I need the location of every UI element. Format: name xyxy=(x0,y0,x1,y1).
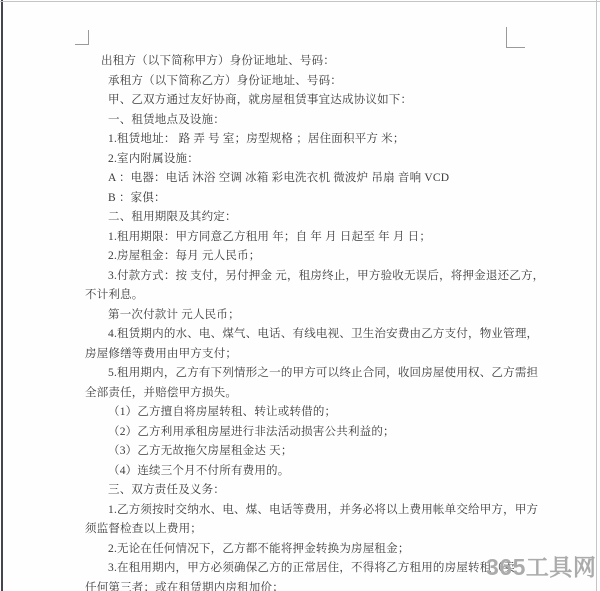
document-page: 出租方（以下简称甲方）身份证地址、号码：承租方（以下简称乙方）身份证地址、号码：… xyxy=(0,0,600,591)
text-line: （4）连续三个月不付所有费用的。 xyxy=(85,462,590,482)
text-line: 1.租用期限：甲方同意乙方租用 年；自 年 月 日起至 年 月 日； xyxy=(85,228,590,248)
document-lines: 出租方（以下简称甲方）身份证地址、号码：承租方（以下简称乙方）身份证地址、号码：… xyxy=(85,52,590,591)
text-line: 一、租赁地点及设施： xyxy=(85,111,590,131)
text-line: 第一次付款计 元人民币； xyxy=(85,306,590,326)
text-line: 三、双方责任及义务： xyxy=(85,481,590,501)
text-line: 不计利息。 xyxy=(85,286,590,306)
text-line: 甲、乙双方通过友好协商，就房屋租赁事宜达成协议如下： xyxy=(85,91,590,111)
text-line: 1.乙方须按时交纳水、电、煤、电话等费用，并务必将以上费用帐单交给甲方，甲方 xyxy=(85,501,590,521)
text-line: B ：家俱： xyxy=(85,189,590,209)
text-line: （3）乙方无故拖欠房屋租金达 天； xyxy=(85,442,590,462)
text-line: 1.租赁地址： 路 弄 号 室；房型规格 ；居住面积平方 米； xyxy=(85,130,590,150)
crop-mark-top-right-vertical xyxy=(506,27,507,48)
text-line: 2.室内附属设施： xyxy=(85,150,590,170)
text-line: 2.房屋租金：每月 元人民币； xyxy=(85,247,590,267)
page-right-edge xyxy=(596,0,597,591)
text-line: （2）乙方利用承租房屋进行非法活动损害公共利益的； xyxy=(85,423,590,443)
crop-mark-top-right-horizontal xyxy=(506,47,525,48)
text-line: 4.租赁期内的水、电、煤气、电话、有线电视、卫生治安费由乙方支付，物业管理， xyxy=(85,325,590,345)
text-line: 房屋修缮等费用由甲方支付； xyxy=(85,345,590,365)
text-line: 5.租用期内，乙方有下列情形之一的甲方可以终止合同，收回房屋使用权、乙方需担 xyxy=(85,364,590,384)
page-top-border xyxy=(0,1,600,2)
crop-mark-top-left-vertical xyxy=(88,30,89,45)
watermark: 365工具网 xyxy=(486,549,600,582)
page-left-border xyxy=(1,0,3,591)
text-line: 二、租用期限及其约定： xyxy=(85,208,590,228)
crop-mark-top-left-horizontal xyxy=(75,44,89,45)
text-line: 全部责任，并赔偿甲方损失。 xyxy=(85,384,590,404)
text-line: 出租方（以下简称甲方）身份证地址、号码： xyxy=(85,52,590,72)
text-line: A ：电器：电话 沐浴 空调 冰箱 彩电洗衣机 微波炉 吊扇 音响 VCD xyxy=(85,169,590,189)
text-line: 承租方（以下简称乙方）身份证地址、号码： xyxy=(85,72,590,92)
text-line: 3.付款方式：按 支付，另付押金 元，租房终止，甲方验收无误后，将押金退还乙方， xyxy=(85,267,590,287)
text-line: （1）乙方擅自将房屋转租、转让或转借的； xyxy=(85,403,590,423)
text-line: 须监督检查以上费用； xyxy=(85,520,590,540)
